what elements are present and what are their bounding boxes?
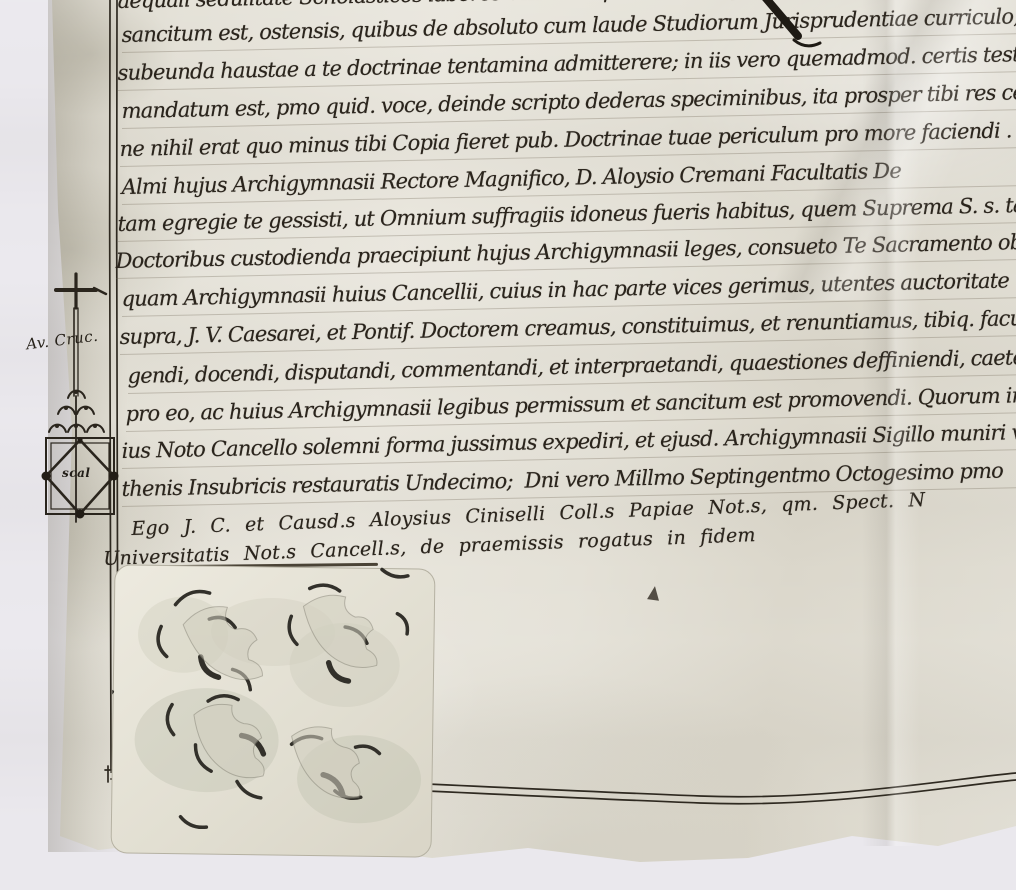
- notary-cross-icon: [56, 274, 106, 308]
- notary-signum-mark: [36, 266, 146, 536]
- ink-flourish: [760, 0, 830, 56]
- paper-seal: [110, 564, 436, 858]
- ink-blot: [647, 585, 661, 601]
- signum-label: scal: [62, 466, 90, 480]
- photo-backdrop: aequali sedulitate Scholasticos labores …: [0, 0, 1016, 890]
